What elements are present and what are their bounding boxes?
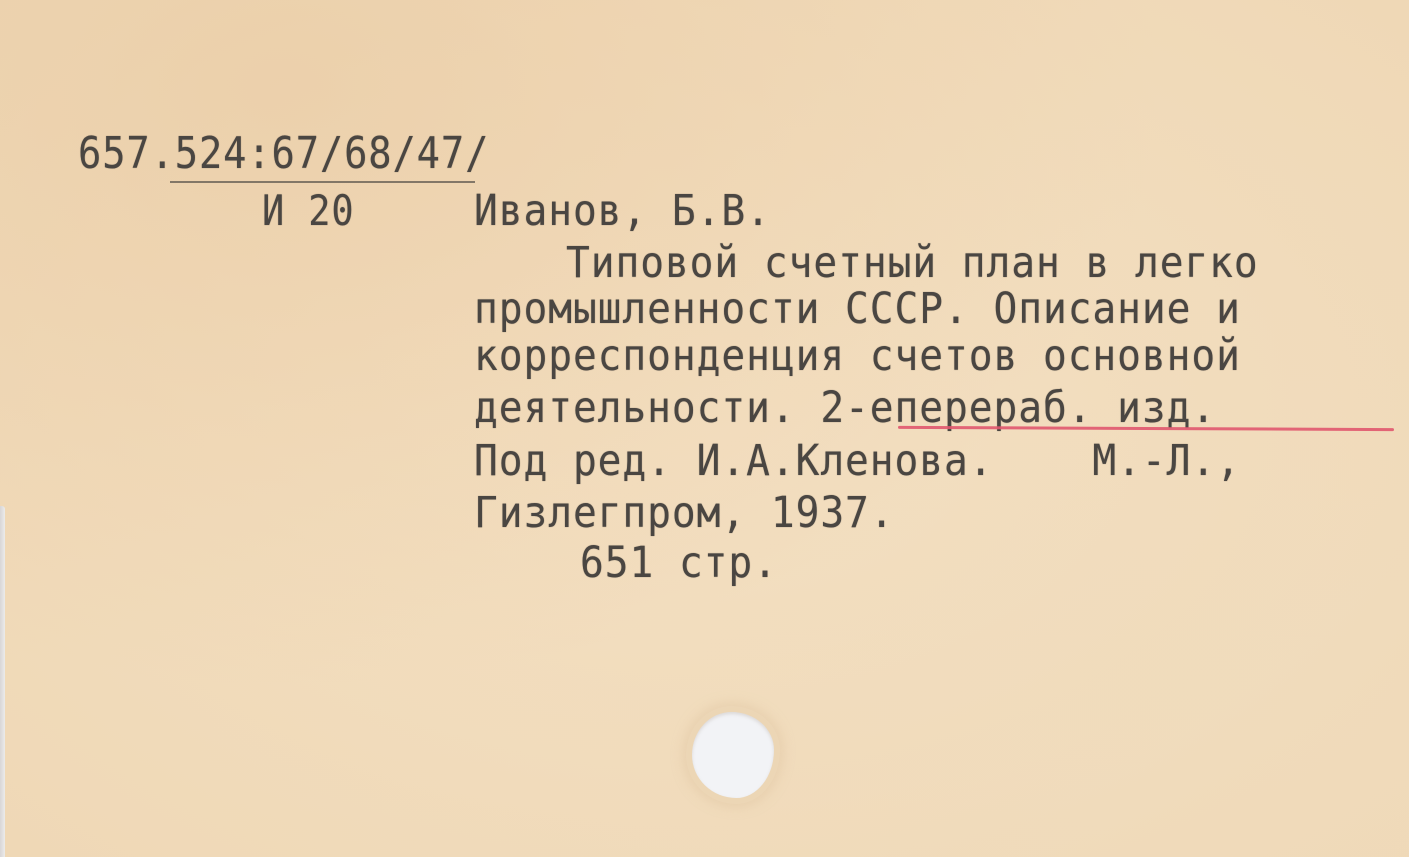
- punch-hole: [692, 712, 774, 798]
- editor-and-place: Под ред. И.А.Кленова. М.-Л.,: [474, 436, 1241, 486]
- title-line-2: промышленности СССР. Описание и: [474, 284, 1241, 334]
- title-line-4-edition: деятельности. 2-епереpаб. изд.: [474, 383, 1216, 433]
- page-count: 651 стр.: [580, 538, 778, 588]
- classification-underline: [170, 181, 475, 183]
- author-mark: И 20: [262, 186, 355, 235]
- catalog-card: 657.524:67/68/47/ И 20 Иванов, Б.В. Типо…: [0, 0, 1409, 857]
- publisher-and-year: Гизлегпром, 1937.: [474, 488, 895, 538]
- classification-number: 657.524:67/68/47/: [78, 128, 489, 179]
- author-heading: Иванов, Б.В.: [474, 186, 771, 236]
- card-edge-shadow: [0, 506, 5, 857]
- title-line-1: Типовой счетный план в легко: [566, 238, 1259, 288]
- title-line-3: корреспонденция счетов основной: [474, 331, 1241, 381]
